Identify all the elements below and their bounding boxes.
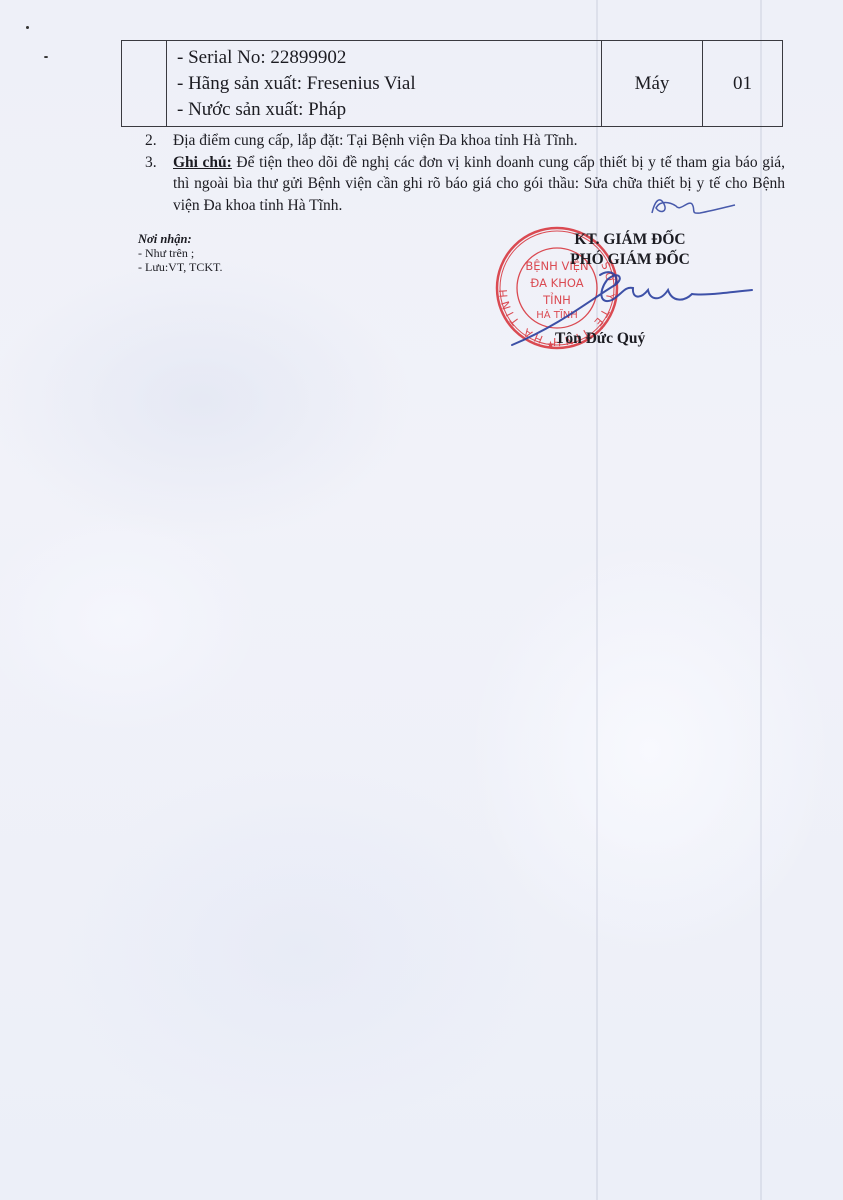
scan-speck [44, 56, 48, 58]
equipment-table: - Serial No: 22899902 - Hãng sản xuất: F… [121, 40, 783, 127]
quantity-cell: 01 [703, 41, 783, 127]
serial-number: - Serial No: 22899902 [177, 45, 601, 71]
country-of-origin: - Nước sản xuất: Pháp [177, 97, 601, 123]
recipients-title: Nơi nhận: [138, 232, 223, 246]
recipient-line: - Lưu:VT, TCKT. [138, 260, 223, 274]
recipients-block: Nơi nhận: - Như trên ; - Lưu:VT, TCKT. [138, 232, 223, 274]
signature-title-line1: KT. GIÁM ĐỐC [555, 230, 705, 250]
spec-cell: - Serial No: 22899902 - Hãng sản xuất: F… [167, 41, 602, 127]
scan-speck [26, 26, 29, 29]
list-number: 2. [145, 130, 157, 152]
recipient-line: - Như trên ; [138, 246, 223, 260]
table-row: - Serial No: 22899902 - Hãng sản xuất: F… [122, 41, 783, 127]
list-item-note: 3. Ghi chú: Để tiện theo dõi đề nghị các… [145, 152, 785, 217]
signature-title-line2: PHÓ GIÁM ĐỐC [555, 250, 705, 270]
manufacturer: - Hãng sản xuất: Fresenius Vial [177, 71, 601, 97]
stamp-star-icon: ★ [546, 340, 555, 351]
stamp-center-line: ĐA KHOA [530, 276, 583, 290]
location-text: Địa điểm cung cấp, lắp đặt: Tại Bệnh việ… [173, 132, 577, 149]
unit-cell: Máy [602, 41, 703, 127]
note-text: Để tiện theo dõi đề nghị các đơn vị kinh… [173, 154, 785, 214]
stamp-center-line: HÀ TĨNH [536, 308, 578, 321]
numbered-list: 2. Địa điểm cung cấp, lắp đặt: Tại Bệnh … [145, 130, 785, 216]
list-number: 3. [145, 152, 157, 174]
signer-name: Tôn Đức Quý [555, 330, 645, 348]
list-item-location: 2. Địa điểm cung cấp, lắp đặt: Tại Bệnh … [145, 130, 785, 152]
note-label: Ghi chú: [173, 154, 232, 171]
index-cell [122, 41, 167, 127]
stamp-center-line: TỈNH [542, 291, 571, 307]
signature-title-block: KT. GIÁM ĐỐC PHÓ GIÁM ĐỐC [555, 230, 705, 270]
